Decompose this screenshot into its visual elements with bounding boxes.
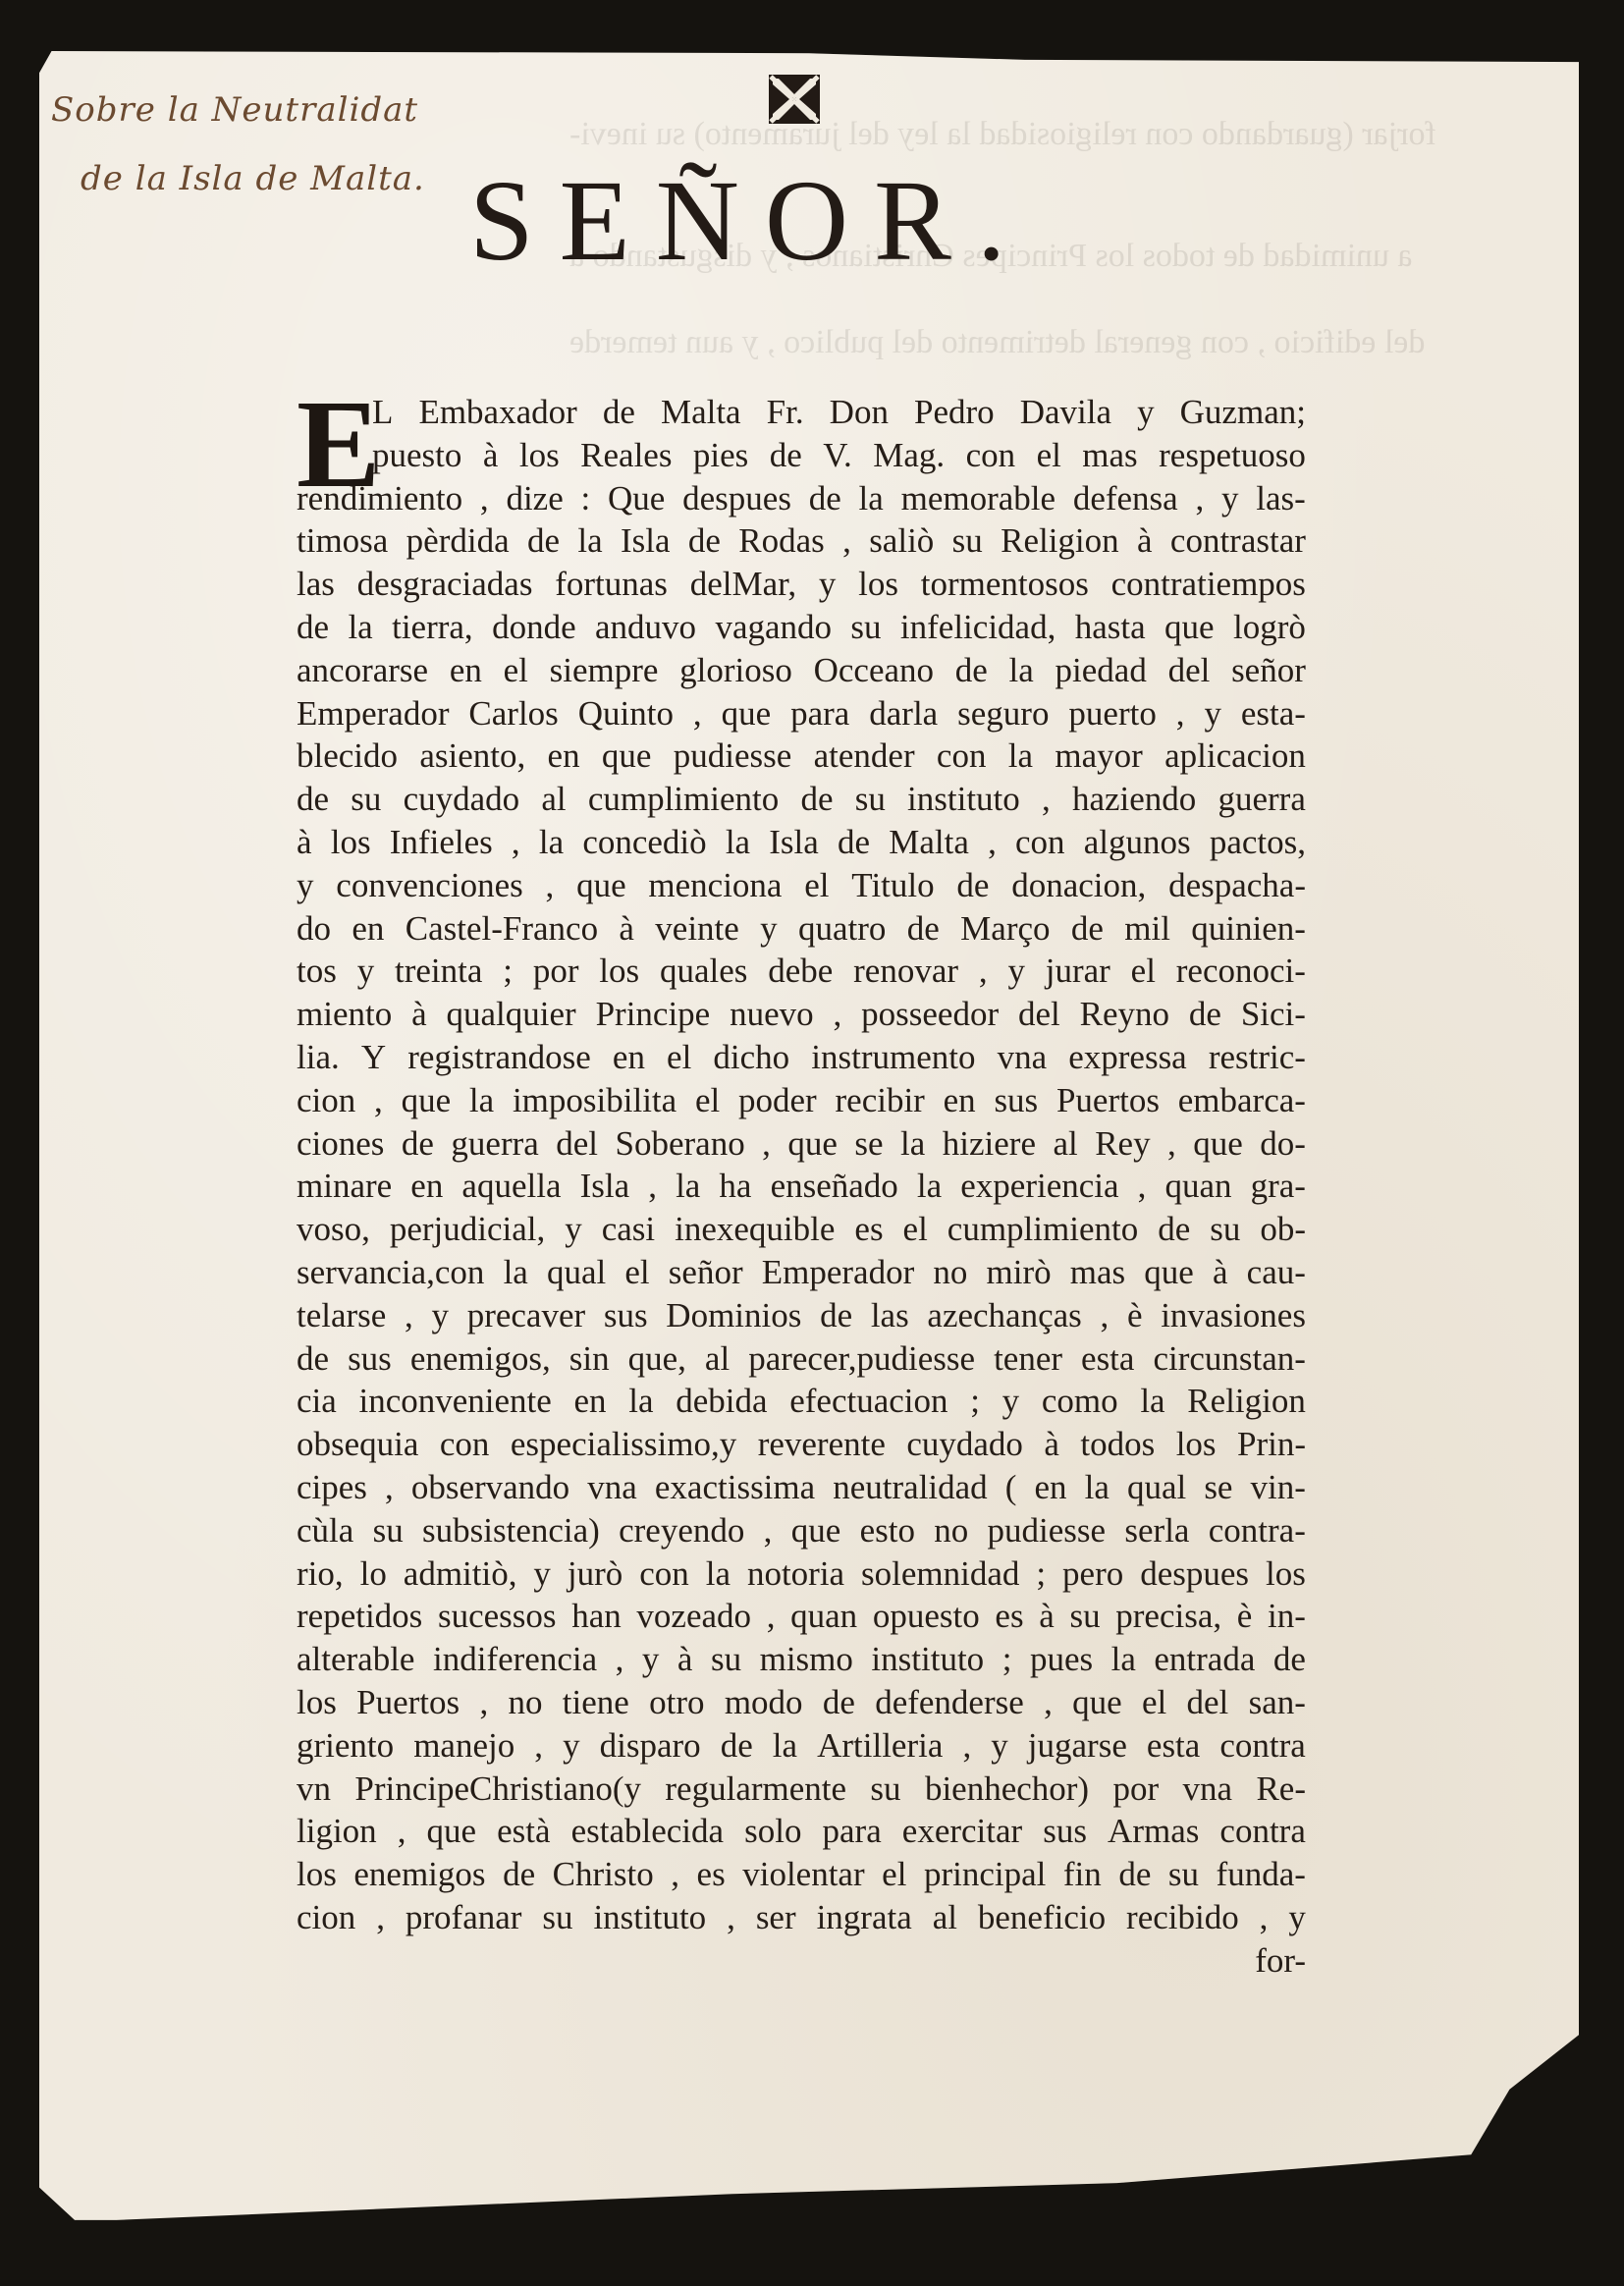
text-line: ancorarseenelsiempregloriosoOcceanodelap… bbox=[297, 649, 1306, 692]
show-through-text: forjar (guardando con religiosidad la le… bbox=[569, 116, 1436, 153]
text-line: cionesdeguerradelSoberano,queselahiziere… bbox=[297, 1122, 1306, 1166]
text-line: obsequiaconespecialissimo,yreverentecuyd… bbox=[297, 1423, 1306, 1466]
text-line: blecidoasiento,enquepudiesseatenderconla… bbox=[297, 735, 1306, 778]
text-line: lia.Yregistrandoseeneldichoinstrumentovn… bbox=[297, 1036, 1306, 1079]
drop-cap: E bbox=[297, 397, 380, 491]
text-line: delatierra,dondeanduvovagandosuinfelicid… bbox=[297, 606, 1306, 649]
text-line: voso,perjudicial,ycasiinexequibleeselcum… bbox=[297, 1208, 1306, 1251]
text-line: mientoàqualquierPrincipenuevo,posseedord… bbox=[297, 993, 1306, 1036]
text-line: lasdesgraciadasfortunasdelMar,ylostormen… bbox=[297, 563, 1306, 606]
body-lines: LEmbaxadordeMaltaFr.DonPedroDavilayGuzma… bbox=[297, 391, 1306, 1939]
text-line: cùlasusubsistencia)creyendo,queestonopud… bbox=[297, 1509, 1306, 1552]
text-line: minareenaquellaIsla,lahaenseñadolaexperi… bbox=[297, 1165, 1306, 1208]
show-through-text: del edificio , con general detrimento de… bbox=[569, 324, 1425, 361]
document-body: E LEmbaxadordeMaltaFr.DonPedroDavilayGuz… bbox=[297, 391, 1306, 1982]
text-line: EmperadorCarlosQuinto,queparadarlaseguro… bbox=[297, 692, 1306, 735]
text-line: grientomanejo,ydisparodelaArtilleria,yju… bbox=[297, 1724, 1306, 1768]
catchword: for- bbox=[297, 1939, 1306, 1983]
text-line: alterableindiferencia,yàsumismoinstituto… bbox=[297, 1638, 1306, 1681]
text-line: rio,loadmitiò,yjuròconlanotoriasolemnida… bbox=[297, 1552, 1306, 1596]
page-title: SEÑOR. bbox=[469, 157, 1137, 285]
text-line: repetidossucessoshanvozeado,quanopuestoe… bbox=[297, 1595, 1306, 1638]
text-line: telarse,yprecaversusDominiosdelasazechan… bbox=[297, 1294, 1306, 1337]
text-line: àlosInfieles,laconcediòlaIsladeMalta,con… bbox=[297, 821, 1306, 864]
text-line: vnPrincipeChristiano(yregularmentesubien… bbox=[297, 1768, 1306, 1811]
text-line: yconvenciones,quemencionaelTitulodedonac… bbox=[297, 864, 1306, 907]
text-line: losenemigosdeChristo,esviolentarelprinci… bbox=[297, 1853, 1306, 1896]
handwritten-annotation-line-1: Sobre la Neutralidat bbox=[51, 90, 418, 130]
text-line: losPuertos,notieneotromododedefenderse,q… bbox=[297, 1681, 1306, 1724]
text-line: ligion,queestàestablecidasoloparaexercit… bbox=[297, 1810, 1306, 1853]
text-line: timosapèrdidadelaIsladeRodas,saliòsuReli… bbox=[297, 519, 1306, 563]
text-line: desusenemigos,sinque,alparecer,pudiesset… bbox=[297, 1337, 1306, 1381]
handwritten-annotation-line-2: de la Isla de Malta. bbox=[81, 159, 425, 198]
maltese-cross-icon bbox=[769, 75, 820, 124]
text-line: tosytreinta;porlosqualesdeberenovar,yjur… bbox=[297, 950, 1306, 993]
text-line: cion,profanarsuinstituto,seringrataalben… bbox=[297, 1896, 1306, 1939]
text-line: servancia,conlaqualelseñorEmperadornomir… bbox=[297, 1251, 1306, 1294]
text-line: cipes,observandovnaexactissimaneutralida… bbox=[297, 1466, 1306, 1509]
text-line: desucuydadoalcumplimientodesuinstituto,h… bbox=[297, 778, 1306, 821]
text-line: doenCastel-FrancoàveinteyquatrodeMarçode… bbox=[297, 907, 1306, 951]
text-line: puestoàlosRealespiesdeV.Mag.conelmasresp… bbox=[297, 434, 1306, 477]
text-line: ciainconvenienteenladebidaefectuacion;yc… bbox=[297, 1380, 1306, 1423]
text-line: rendimiento,dize:Quedespuesdelamemorable… bbox=[297, 477, 1306, 520]
text-line: cion,quelaimposibilitaelpoderrecibirensu… bbox=[297, 1079, 1306, 1122]
text-line: LEmbaxadordeMaltaFr.DonPedroDavilayGuzma… bbox=[297, 391, 1306, 434]
